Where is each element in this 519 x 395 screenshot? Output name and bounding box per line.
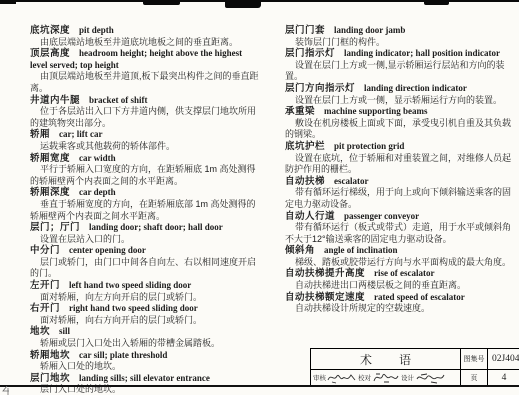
glossary-entry: 倾斜角angle of inclination梯级、踏板或胶带运行方向与水平面构… <box>285 245 514 268</box>
scan-artifact-blob <box>143 0 180 5</box>
term-heading: 中分门center opening door <box>30 245 259 257</box>
glossary-entry: 层门；厅门landing door; shaft door; hall door… <box>30 222 259 245</box>
term-heading: 自动扶梯额定速度rated speed of escalator <box>285 292 514 304</box>
term-english: angle of inclination <box>324 245 398 255</box>
term-heading: 自动扶梯提升高度rise of escalator <box>285 268 514 280</box>
term-heading: 底坑深度pit depth <box>30 25 259 37</box>
term-definition: 运载乘客或其他载荷的轿体部件。 <box>30 141 259 153</box>
glossary-entry: 轿厢地坎car sill; plate threshold轿厢入口处的地坎。 <box>30 350 259 373</box>
term-heading: 层门地坎landing sills; sill elevator entranc… <box>30 373 259 385</box>
term-english: passenger conveyor <box>344 211 419 221</box>
glossary-entry: 自动扶梯额定速度rated speed of escalator自动扶梯设计所规… <box>285 292 514 315</box>
term-heading: 右开门right hand two speed sliding door <box>30 303 259 315</box>
glossary-entry: 底坑护栏pit protection grid设置在底坑，位于轿厢和对重装置之间… <box>285 141 514 176</box>
glossary-entry: 轿厢宽度car width平行于轿厢入口宽度的方向，在距轿厢底 1m 高处测得的… <box>30 153 259 188</box>
term-definition: 设置在层门上方或一侧,显示轿厢运行层站和方向的装置。 <box>285 60 514 83</box>
term-english: landing sills; sill elevator entrance <box>79 373 210 383</box>
title-block: 术 语 图集号 02J404 审核 校对 设计 页 4 <box>310 348 519 386</box>
reviewer-signature-scribble <box>327 371 357 384</box>
term-definition: 位于各层站出入口下方井道内侧，供支撑层门地坎所用的建筑物突出部分。 <box>30 106 259 129</box>
term-heading: 自动扶梯escalator <box>285 176 514 188</box>
glossary-entry: 井道内牛腿bracket of shift位于各层站出入口下方井道内侧，供支撑层… <box>30 95 259 130</box>
glossary-entry: 底坑深度pit depth由底层端站地板至井道底坑地板之间的垂直距离。 <box>30 25 259 48</box>
term-heading: 井道内牛腿bracket of shift <box>30 95 259 107</box>
term-heading: 轿厢宽度car width <box>30 153 259 165</box>
designer-label: 设计 <box>401 373 414 382</box>
term-heading: 轿厢car; lift car <box>30 129 259 141</box>
sheet-title: 术 语 <box>311 349 461 370</box>
glossary-entry: 左开门left hand two speed sliding door面对轿厢，… <box>30 280 259 303</box>
glossary-entry: 轿厢car; lift car运载乘客或其他载荷的轿体部件。 <box>30 129 259 152</box>
glossary-column-left: 底坑深度pit depth由底层端站地板至井道底坑地板之间的垂直距离。顶层高度h… <box>30 25 259 395</box>
term-chinese: 自动扶梯 <box>285 176 325 187</box>
term-heading: 层门方向指示灯landing direction indicator <box>285 83 514 95</box>
glossary-entry: 承重梁machine supporting beams敷设在机房楼板上面或下面，… <box>285 106 514 141</box>
term-chinese: 层门指示灯 <box>285 48 335 59</box>
glossary-entry: 顶层高度headroom height; height above the hi… <box>30 48 259 94</box>
term-definition: 梯级、踏板或胶带运行方向与水平面构成的最大角度。 <box>285 257 514 269</box>
glossary-entry: 中分门center opening door层门或轿门，由门口中间各自向左、右以… <box>30 245 259 280</box>
term-definition: 由顶层端站地板至井道顶,板下最突出构件之间的垂直距离。 <box>30 71 259 94</box>
designer-signature-scribble <box>415 371 445 384</box>
scan-artifact-blob <box>225 0 261 8</box>
term-definition: 设置在层门上方或一侧，显示轿厢运行方向的装置。 <box>285 95 514 107</box>
term-chinese: 层门方向指示灯 <box>285 83 355 94</box>
glossary-entry: 层门门套landing door jamb装饰层门门框的构件。 <box>285 25 514 48</box>
glossary-entry: 自动扶梯escalator带有循环运行梯级，用于向上或向下倾斜输送乘客的固定电力… <box>285 176 514 211</box>
glossary-entry: 层门地坎landing sills; sill elevator entranc… <box>30 373 259 395</box>
term-chinese: 中分门 <box>30 245 60 256</box>
term-chinese: 轿厢深度 <box>30 187 70 198</box>
term-english: landing direction indicator <box>364 83 467 93</box>
term-definition: 轿厢入口处的地坎。 <box>30 361 259 373</box>
bottom-rule <box>0 385 519 387</box>
term-chinese: 轿厢地坎 <box>30 350 70 361</box>
term-chinese: 层门门套 <box>285 25 325 36</box>
term-english: rated speed of escalator <box>374 292 465 302</box>
term-heading: 倾斜角angle of inclination <box>285 245 514 257</box>
term-definition: 带有循环运行（板式或带式）走道，用于水平或倾斜角不大于12°输送乘客的固定电力驱… <box>285 222 514 245</box>
scan-artifact-blob <box>0 0 16 4</box>
term-definition: 面对轿厢，向左方向开启的层门或轿门。 <box>30 292 259 304</box>
term-chinese: 倾斜角 <box>285 245 315 256</box>
term-chinese: 井道内牛腿 <box>30 95 80 106</box>
atlas-number-label: 图集号 <box>461 349 488 370</box>
term-english: machine supporting beams <box>324 106 428 116</box>
term-chinese: 层门地坎 <box>30 373 70 384</box>
term-english: landing door jamb <box>334 25 405 35</box>
term-chinese: 轿厢宽度 <box>30 153 70 164</box>
term-definition: 层门或轿门，由门口中间各自向左、右以相同速度开启的门。 <box>30 257 259 280</box>
term-english: escalator <box>334 176 368 186</box>
term-chinese: 轿厢 <box>30 129 50 140</box>
term-chinese: 层门；厅门 <box>30 222 80 233</box>
reviewer-label: 审核 <box>313 373 326 382</box>
term-heading: 层门门套landing door jamb <box>285 25 514 37</box>
term-chinese: 底坑护栏 <box>285 141 325 152</box>
glossary-entry: 自动扶梯提升高度rise of escalator自动扶梯进出口两楼层板之间的垂… <box>285 268 514 291</box>
term-chinese: 右开门 <box>30 303 60 314</box>
term-heading: 承重梁machine supporting beams <box>285 106 514 118</box>
term-english: rise of escalator <box>374 268 434 278</box>
term-definition: 轿厢或层门入口处出入轿厢的带槽金属踏板。 <box>30 338 259 350</box>
term-heading: 层门指示灯landing indicator; hall position in… <box>285 48 514 60</box>
term-chinese: 承重梁 <box>285 106 315 117</box>
checker-signature-scribble <box>372 371 400 384</box>
term-english: car; lift car <box>59 129 102 139</box>
term-heading: 轿厢深度car depth <box>30 187 259 199</box>
atlas-number-value: 02J404 <box>488 349 519 370</box>
glossary-column-right: 层门门套landing door jamb装饰层门门框的构件。层门指示灯land… <box>285 25 514 315</box>
term-english: car depth <box>79 187 116 197</box>
term-english: center opening door <box>69 245 146 255</box>
checker-label: 校对 <box>358 373 371 382</box>
term-definition: 敷设在机房楼板上面或下面，承受曳引机自重及其负载的钢梁。 <box>285 118 514 141</box>
term-definition: 平行于轿厢入口宽度的方向，在距轿厢底 1m 高处测得的轿厢壁两个内表面之间的水平… <box>30 164 259 187</box>
pencil-mark <box>2 386 14 395</box>
term-heading: 自动人行道passenger conveyor <box>285 211 514 223</box>
page-number: 4 <box>488 370 519 385</box>
term-definition: 设置在底坑，位于轿厢和对重装置之间，对维修人员起防护作用的栅栏。 <box>285 153 514 176</box>
term-definition: 自动扶梯进出口两楼层板之间的垂直距离。 <box>285 280 514 292</box>
term-english: sill <box>59 326 70 336</box>
term-definition: 设置在层站入口的门。 <box>30 234 259 246</box>
term-heading: 轿厢地坎car sill; plate threshold <box>30 350 259 362</box>
term-english: right hand two speed sliding door <box>69 303 198 313</box>
term-english: left hand two speed sliding door <box>69 280 191 290</box>
term-chinese: 左开门 <box>30 280 60 291</box>
term-definition: 自动扶梯设计所规定的空载速度。 <box>285 303 514 315</box>
term-definition: 装饰层门门框的构件。 <box>285 37 514 49</box>
term-english: landing indicator; hall position indicat… <box>344 48 500 58</box>
term-heading: 地坎sill <box>30 326 259 338</box>
term-chinese: 自动人行道 <box>285 211 335 222</box>
term-definition: 垂直于轿厢宽度的方向，在距轿厢底部 1m 高处测得的轿厢壁两个内表面之间水平距离… <box>30 199 259 222</box>
term-english: bracket of shift <box>89 95 148 105</box>
glossary-entry: 地坎sill轿厢或层门入口处出入轿厢的带槽金属踏板。 <box>30 326 259 349</box>
term-english: landing door; shaft door; hall door <box>89 222 223 232</box>
scan-artifact-blob <box>424 0 449 5</box>
term-chinese: 自动扶梯提升高度 <box>285 268 365 279</box>
term-chinese: 自动扶梯额定速度 <box>285 292 365 303</box>
term-english: pit depth <box>79 25 114 35</box>
term-english: pit protection grid <box>334 141 404 151</box>
signature-row: 审核 校对 设计 <box>311 370 461 385</box>
glossary-entry: 右开门right hand two speed sliding door面对轿厢… <box>30 303 259 326</box>
glossary-entry: 轿厢深度car depth垂直于轿厢宽度的方向，在距轿厢底部 1m 高处测得的轿… <box>30 187 259 222</box>
term-english: car sill; plate threshold <box>79 350 167 360</box>
term-chinese: 底坑深度 <box>30 25 70 36</box>
term-definition: 面对轿厢，向右方向开启的层门或轿门。 <box>30 315 259 327</box>
page-label: 页 <box>461 370 488 385</box>
term-heading: 底坑护栏pit protection grid <box>285 141 514 153</box>
term-heading: 层门；厅门landing door; shaft door; hall door <box>30 222 259 234</box>
term-english: car width <box>79 153 116 163</box>
glossary-entry: 层门指示灯landing indicator; hall position in… <box>285 48 514 83</box>
term-heading: 顶层高度headroom height; height above the hi… <box>30 48 259 71</box>
term-chinese: 地坎 <box>30 326 50 337</box>
term-definition: 由底层端站地板至井道底坑地板之间的垂直距离。 <box>30 37 259 49</box>
glossary-entry: 自动人行道passenger conveyor带有循环运行（板式或带式）走道，用… <box>285 211 514 246</box>
term-heading: 左开门left hand two speed sliding door <box>30 280 259 292</box>
term-chinese: 顶层高度 <box>30 48 70 59</box>
term-definition: 带有循环运行梯级，用于向上或向下倾斜输送乘客的固定电力驱动设备。 <box>285 187 514 210</box>
document-page: 底坑深度pit depth由底层端站地板至井道底坑地板之间的垂直距离。顶层高度h… <box>0 0 519 395</box>
glossary-entry: 层门方向指示灯landing direction indicator设置在层门上… <box>285 83 514 106</box>
